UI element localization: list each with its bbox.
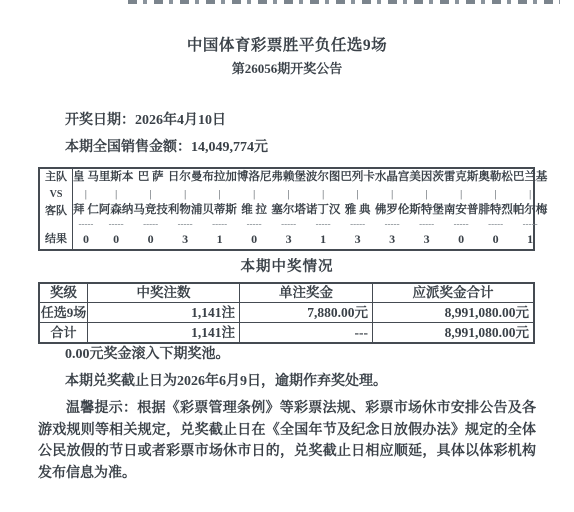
result-cell-1: 0: [73, 229, 99, 249]
home-cell-10: 水晶宫: [375, 169, 410, 186]
vs-cell-6: |: [237, 186, 272, 203]
prize-col-header-2: 中奖注数: [87, 284, 239, 302]
home-cell-6: 博洛尼: [237, 169, 272, 186]
vs-cell-5: |: [202, 186, 237, 203]
vs-cell-3: |: [133, 186, 168, 203]
result-cell-6: 0: [237, 229, 272, 249]
prize-section-heading: 本期中奖情况: [0, 258, 574, 276]
home-cell-11: 美因茨: [409, 169, 444, 186]
result-cell-7: 3: [271, 229, 306, 249]
prize-col-header-3: 单注奖金: [239, 284, 372, 302]
result-cell-3: 0: [133, 229, 168, 249]
away-cell-11: 斯特堡: [409, 203, 444, 219]
vs-cell-2: |: [99, 186, 134, 203]
vs-cell-7: |: [271, 186, 306, 203]
draw-date-value: 2026年4月10日: [135, 113, 226, 128]
result-cell-13: 0: [478, 229, 513, 249]
row-header-result: 结果: [40, 229, 73, 249]
sep-cell-2: -----: [99, 219, 134, 229]
sep-cell-10: -----: [375, 219, 410, 229]
sep-cell-8: -----: [306, 219, 341, 229]
prize-cell-r1-c1: 任选9场: [40, 302, 87, 322]
prize-cell-r2-c2: 1,141注: [87, 322, 239, 342]
prize-col-header-4: 应派奖金合计: [372, 284, 533, 302]
sep-cell-14: -----: [513, 219, 548, 229]
result-cell-2: 0: [99, 229, 134, 249]
tips-paragraph: 温馨提示：根据《彩票管理条例》等彩票法规、彩票市场休市安排公告及各游戏规则等相关…: [38, 398, 536, 484]
result-cell-4: 3: [168, 229, 203, 249]
away-cell-14: 帕尔梅: [513, 203, 548, 219]
sep-cell-13: -----: [478, 219, 513, 229]
draw-date-label: 开奖日期：: [65, 113, 135, 128]
match-results-table: 主队皇 马里斯本巴 萨日尔曼布拉加博洛尼弗赖堡波尔图巴列卡水晶宫美因茨雷克斯奥勒…: [38, 167, 535, 251]
home-cell-9: 巴列卡: [340, 169, 375, 186]
home-cell-5: 布拉加: [202, 169, 237, 186]
prize-cell-r1-c4: 8,991,080.00元: [372, 302, 533, 322]
row-header-vs: VS: [40, 186, 73, 203]
home-cell-8: 波尔图: [306, 169, 341, 186]
away-cell-9: 雅 典: [340, 203, 375, 219]
away-cell-4: 利物浦: [168, 203, 203, 219]
vs-cell-14: |: [513, 186, 548, 203]
home-cell-3: 巴 萨: [133, 169, 168, 186]
home-cell-13: 奥勒松: [478, 169, 513, 186]
vs-cell-11: |: [409, 186, 444, 203]
prize-table: 奖级中奖注数单注奖金应派奖金合计任选9场1,141注7,880.00元8,991…: [38, 282, 535, 344]
away-cell-5: 贝蒂斯: [202, 203, 237, 219]
sales-value: 14,049,774元: [191, 140, 268, 155]
sep-cell-1: -----: [73, 219, 99, 229]
sep-cell-4: -----: [168, 219, 203, 229]
home-cell-12: 雷克斯: [444, 169, 479, 186]
away-cell-7: 塞尔塔: [271, 203, 306, 219]
away-cell-10: 佛罗伦: [375, 203, 410, 219]
row-header-away: 客队: [40, 203, 73, 219]
vs-cell-12: |: [444, 186, 479, 203]
prize-cell-r2-c3: ---: [239, 322, 372, 342]
sep-cell-5: -----: [202, 219, 237, 229]
away-cell-8: 诺丁汉: [306, 203, 341, 219]
prize-cell-r2-c4: 8,991,080.00元: [372, 322, 533, 342]
home-cell-14: 巴兰基: [513, 169, 548, 186]
result-cell-8: 1: [306, 229, 341, 249]
prize-cell-r1-c3: 7,880.00元: [239, 302, 372, 322]
page-subtitle: 第26056期开奖公告: [0, 61, 574, 77]
vs-cell-8: |: [306, 186, 341, 203]
away-cell-12: 南安普: [444, 203, 479, 219]
deadline-text: 本期兑奖截止日为2026年6月9日，逾期作弃奖处理。: [65, 373, 387, 391]
result-cell-14: 1: [513, 229, 548, 249]
row-header-home: 主队: [40, 169, 73, 186]
sep-cell-6: -----: [237, 219, 272, 229]
vs-cell-10: |: [375, 186, 410, 203]
clipped-text-top: [128, 0, 560, 4]
home-cell-7: 弗赖堡: [271, 169, 306, 186]
vs-cell-9: |: [340, 186, 375, 203]
sep-cell-3: -----: [133, 219, 168, 229]
result-cell-11: 3: [409, 229, 444, 249]
sales-label: 本期全国销售金额：: [65, 140, 191, 155]
away-cell-2: 阿森纳: [99, 203, 134, 219]
vs-cell-13: |: [478, 186, 513, 203]
lottery-announcement-document: 中国体育彩票胜平负任选9场 第26056期开奖公告 开奖日期：2026年4月10…: [0, 0, 574, 512]
result-cell-5: 1: [202, 229, 237, 249]
result-cell-10: 3: [375, 229, 410, 249]
rollover-text: 0.00元奖金滚入下期奖池。: [65, 346, 230, 364]
home-cell-4: 日尔曼: [168, 169, 203, 186]
vs-cell-1: |: [73, 186, 99, 203]
home-cell-2: 里斯本: [99, 169, 134, 186]
vs-cell-4: |: [168, 186, 203, 203]
away-cell-6: 维 拉: [237, 203, 272, 219]
sep-cell-12: -----: [444, 219, 479, 229]
sep-cell-11: -----: [409, 219, 444, 229]
prize-col-header-1: 奖级: [40, 284, 87, 302]
page-title: 中国体育彩票胜平负任选9场: [0, 36, 574, 55]
result-cell-12: 0: [444, 229, 479, 249]
prize-cell-r1-c2: 1,141注: [87, 302, 239, 322]
prize-cell-r2-c1: 合计: [40, 322, 87, 342]
row-header-sep: [40, 219, 73, 229]
sep-cell-7: -----: [271, 219, 306, 229]
sales-line: 本期全国销售金额：14,049,774元: [65, 139, 268, 157]
sep-cell-9: -----: [340, 219, 375, 229]
away-cell-1: 拜 仁: [73, 203, 99, 219]
result-cell-9: 3: [340, 229, 375, 249]
away-cell-3: 马竞技: [133, 203, 168, 219]
away-cell-13: 腓特烈: [478, 203, 513, 219]
draw-date-line: 开奖日期：2026年4月10日: [65, 112, 226, 130]
home-cell-1: 皇 马: [73, 169, 99, 186]
